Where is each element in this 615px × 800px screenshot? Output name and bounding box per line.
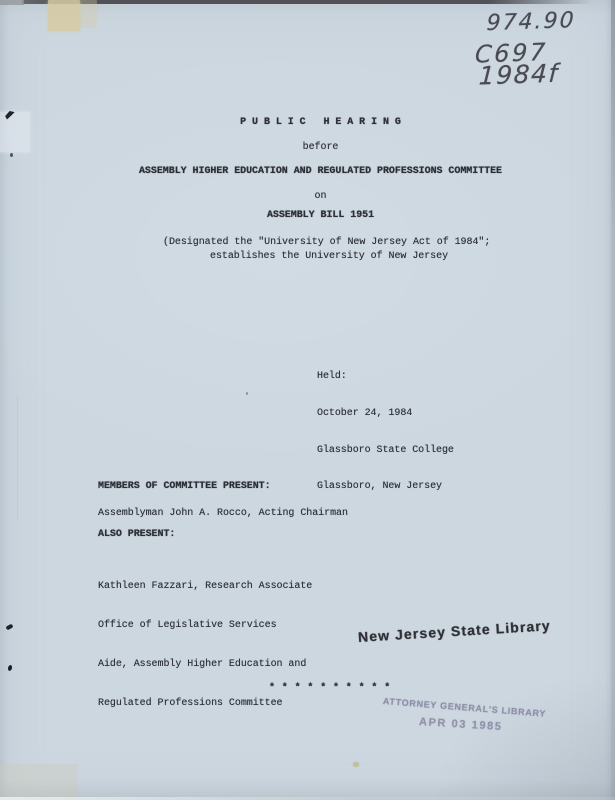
staff-line-2: Office of Legislative Services: [98, 619, 312, 632]
paper-crease-line: [17, 395, 18, 520]
tape-residue: [48, 0, 80, 31]
call-number: 974.90 C697 1984f: [453, 8, 587, 98]
bill-number: ASSEMBLY BILL 1951: [13, 210, 615, 222]
subtitle-before: before: [13, 142, 615, 154]
held-label: Held:: [317, 371, 454, 383]
held-location: Glassboro, New Jersey: [317, 481, 454, 493]
asterisk-separator: * * * * * * * * * *: [269, 683, 391, 695]
call-number-line1: 974.90: [486, 8, 576, 36]
also-present-heading: ALSO PRESENT:: [98, 529, 175, 541]
hearing-details: Held: October 24, 1984 Glassboro State C…: [317, 347, 454, 518]
member-name: Assemblyman John A. Rocco, Acting Chairm…: [98, 508, 348, 520]
committee-name: ASSEMBLY HIGHER EDUCATION AND REGULATED …: [13, 166, 615, 178]
call-number-line3: 1984f: [478, 59, 559, 91]
staff-details: Kathleen Fazzari, Research Associate Off…: [98, 554, 312, 736]
scanned-hearing-cover-page: 974.90 C697 1984f P U B L I C H E A R I …: [0, 0, 615, 800]
paper-discoloration: [0, 764, 78, 800]
staff-line-4: Regulated Professions Committee: [98, 697, 312, 710]
state-library-stamp: New Jersey State Library: [358, 617, 552, 645]
members-present-heading: MEMBERS OF COMMITTEE PRESENT:: [98, 481, 271, 493]
subtitle-on: on: [13, 191, 615, 203]
scan-edge-top: [22, 0, 592, 4]
tape-residue-faint: [80, 0, 97, 28]
page-title: P U B L I C H E A R I N G: [13, 117, 615, 129]
paper-speck: [246, 392, 248, 395]
bill-designation-line1: (Designated the "University of New Jerse…: [163, 237, 490, 249]
staff-line-1: Kathleen Fazzari, Research Associate: [98, 580, 312, 593]
bill-designation-line2: establishes the University of New Jersey: [210, 251, 448, 263]
attorney-library-stamp: ATTORNEY GENERAL'S LIBRARY: [383, 696, 547, 719]
staff-line-3: Aide, Assembly Higher Education and: [98, 658, 312, 671]
scan-edge-corner: [0, 0, 24, 5]
ink-mark-dot-lower: [7, 665, 12, 672]
held-date: October 24, 1984: [317, 408, 454, 420]
held-venue: Glassboro State College: [317, 445, 454, 457]
date-received-stamp: APR 03 1985: [419, 716, 503, 733]
paper-stain: [353, 762, 359, 767]
ink-mark-dash-lower: [5, 624, 13, 631]
